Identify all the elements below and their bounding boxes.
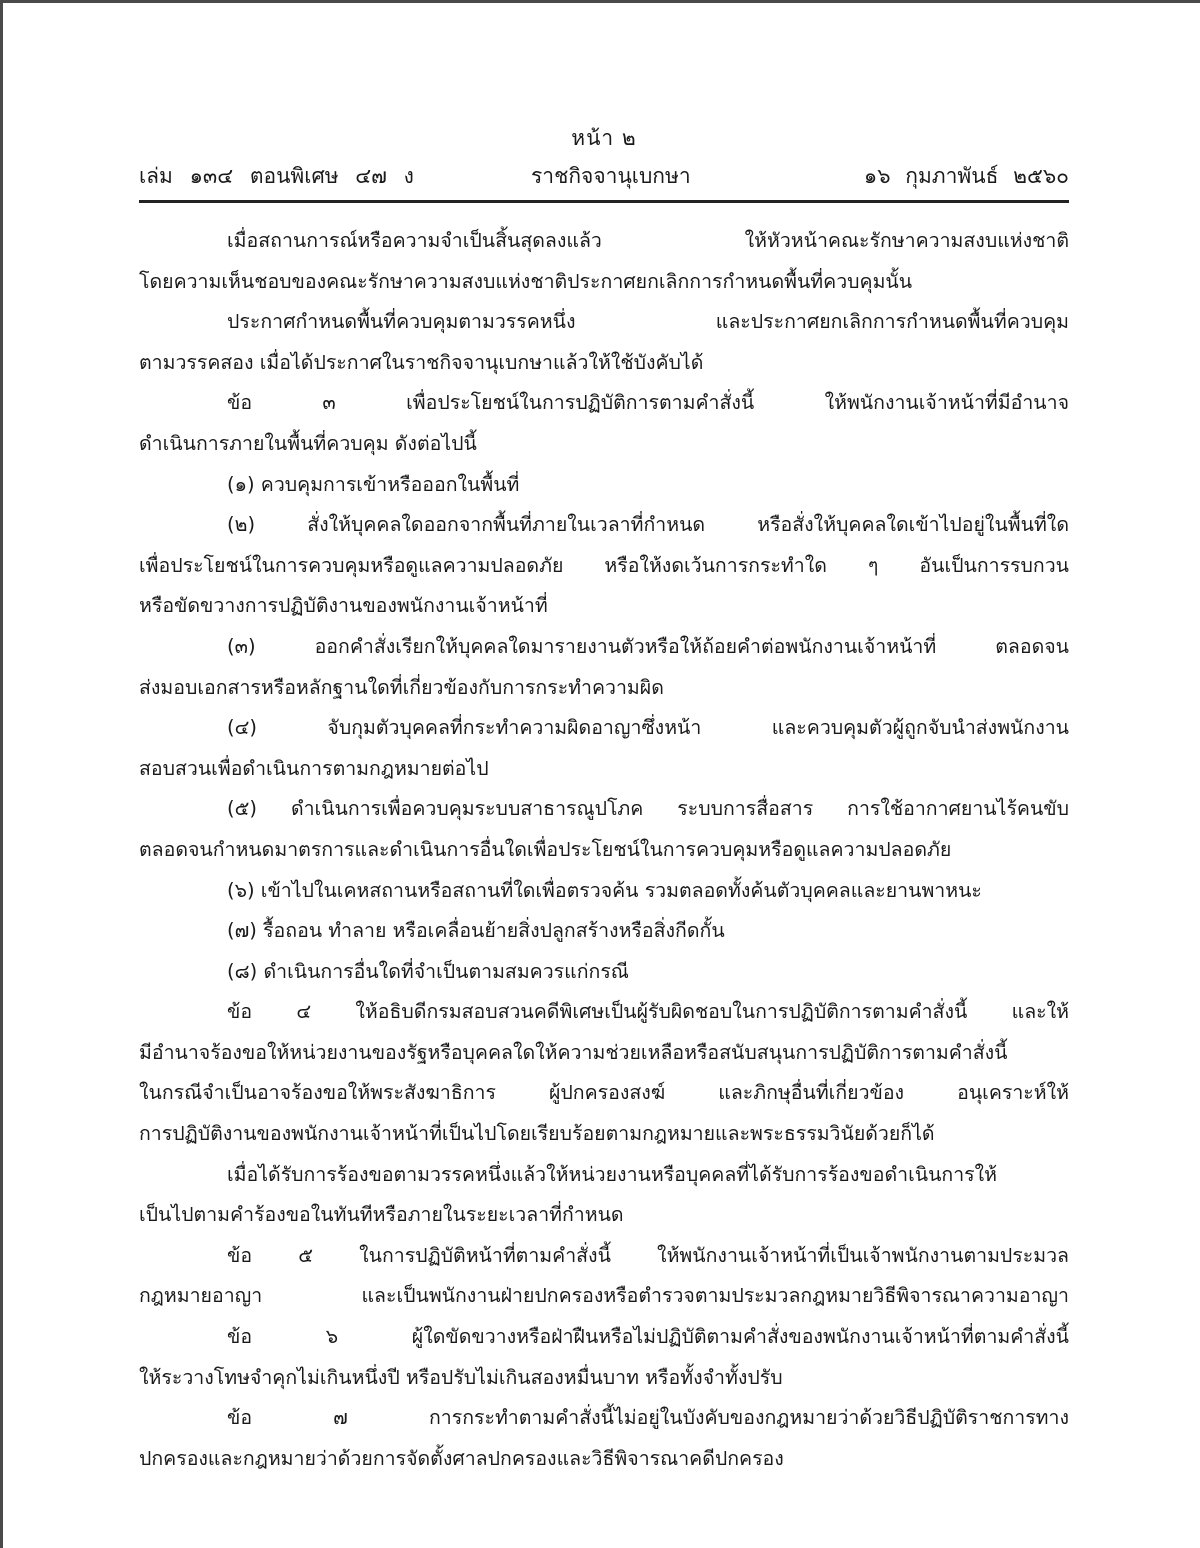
text-line: ดำเนินการภายในพื้นที่ควบคุม ดังต่อไปนี้: [139, 424, 1069, 465]
text-line: ประกาศกำหนดพื้นที่ควบคุมตามวรรคหนึ่ง และ…: [139, 302, 1069, 343]
document-body: เมื่อสถานการณ์หรือความจำเป็นสิ้นสุดลงแล้…: [139, 221, 1069, 1479]
text-line: ข้อ ๖ ผู้ใดขัดขวางหรือฝ่าฝืนหรือไม่ปฏิบั…: [139, 1317, 1069, 1358]
text-line: ตลอดจนกำหนดมาตรการและดำเนินการอื่นใดเพื่…: [139, 830, 1069, 871]
gazette-header: เล่ม ๑๓๔ ตอนพิเศษ ๔๗ ง ราชกิจจานุเบกษา ๑…: [139, 158, 1069, 194]
publication-date: ๑๖ กุมภาพันธ์ ๒๕๖๐: [864, 158, 1069, 194]
text-line: (๔) จับกุมตัวบุคคลที่กระทำความผิดอาญาซึ่…: [139, 708, 1069, 749]
text-line: ในกรณีจำเป็นอาจร้องขอให้พระสังฆาธิการ ผู…: [139, 1073, 1069, 1114]
text-line: เมื่อสถานการณ์หรือความจำเป็นสิ้นสุดลงแล้…: [139, 221, 1069, 262]
text-line: (๗) รื้อถอน ทำลาย หรือเคลื่อนย้ายสิ่งปลู…: [139, 911, 1069, 952]
text-line: (๕) ดำเนินการเพื่อควบคุมระบบสาธารณูปโภค …: [139, 789, 1069, 830]
header-divider: [139, 200, 1069, 203]
text-line: โดยความเห็นชอบของคณะรักษาความสงบแห่งชาติ…: [139, 262, 1069, 303]
text-line: (๓) ออกคำสั่งเรียกให้บุคคลใดมารายงานตัวห…: [139, 627, 1069, 668]
publication-title: ราชกิจจานุเบกษา: [531, 158, 691, 194]
text-line: ปกครองและกฎหมายว่าด้วยการจัดตั้งศาลปกครอ…: [139, 1439, 1069, 1480]
volume-issue: เล่ม ๑๓๔ ตอนพิเศษ ๔๗ ง: [139, 158, 414, 194]
text-line: ข้อ ๓ เพื่อประโยชน์ในการปฏิบัติการตามคำส…: [139, 383, 1069, 424]
text-line: (๒) สั่งให้บุคคลใดออกจากพื้นที่ภายในเวลา…: [139, 505, 1069, 546]
text-line: การปฏิบัติงานของพนักงานเจ้าหน้าที่เป็นไป…: [139, 1114, 1069, 1155]
text-line: เป็นไปตามคำร้องขอในทันทีหรือภายในระยะเวล…: [139, 1195, 1069, 1236]
text-line: หรือขัดขวางการปฏิบัติงานของพนักงานเจ้าหน…: [139, 586, 1069, 627]
text-line: ข้อ ๕ ในการปฏิบัติหน้าที่ตามคำสั่งนี้ ให…: [139, 1236, 1069, 1277]
page-number: หน้า ๒: [139, 118, 1069, 158]
page-frame-top-border: [0, 0, 1200, 3]
text-line: เมื่อได้รับการร้องขอตามวรรคหนึ่งแล้วให้ห…: [139, 1155, 1069, 1196]
text-line: ข้อ ๗ การกระทำตามคำสั่งนี้ไม่อยู่ในบังคั…: [139, 1398, 1069, 1439]
text-line: มีอำนาจร้องขอให้หน่วยงานของรัฐหรือบุคคลใ…: [139, 1033, 1069, 1074]
text-line: ข้อ ๔ ให้อธิบดีกรมสอบสวนคดีพิเศษเป็นผู้ร…: [139, 992, 1069, 1033]
text-line: (๖) เข้าไปในเคหสถานหรือสถานที่ใดเพื่อตรว…: [139, 871, 1069, 912]
text-line: (๑) ควบคุมการเข้าหรือออกในพื้นที่: [139, 465, 1069, 506]
text-line: เพื่อประโยชน์ในการควบคุมหรือดูแลความปลอด…: [139, 546, 1069, 587]
text-line: กฎหมายอาญา และเป็นพนักงานฝ่ายปกครองหรือต…: [139, 1276, 1069, 1317]
text-line: ส่งมอบเอกสารหรือหลักฐานใดที่เกี่ยวข้องกั…: [139, 668, 1069, 709]
text-line: ตามวรรคสอง เมื่อได้ประกาศในราชกิจจานุเบก…: [139, 343, 1069, 384]
text-line: ให้ระวางโทษจำคุกไม่เกินหนึ่งปี หรือปรับไ…: [139, 1358, 1069, 1399]
text-line: (๘) ดำเนินการอื่นใดที่จำเป็นตามสมควรแก่ก…: [139, 952, 1069, 993]
page-frame-left-border: [0, 0, 3, 1548]
text-line: สอบสวนเพื่อดำเนินการตามกฎหมายต่อไป: [139, 749, 1069, 790]
gazette-page: หน้า ๒ เล่ม ๑๓๔ ตอนพิเศษ ๔๗ ง ราชกิจจานุ…: [139, 118, 1069, 1479]
